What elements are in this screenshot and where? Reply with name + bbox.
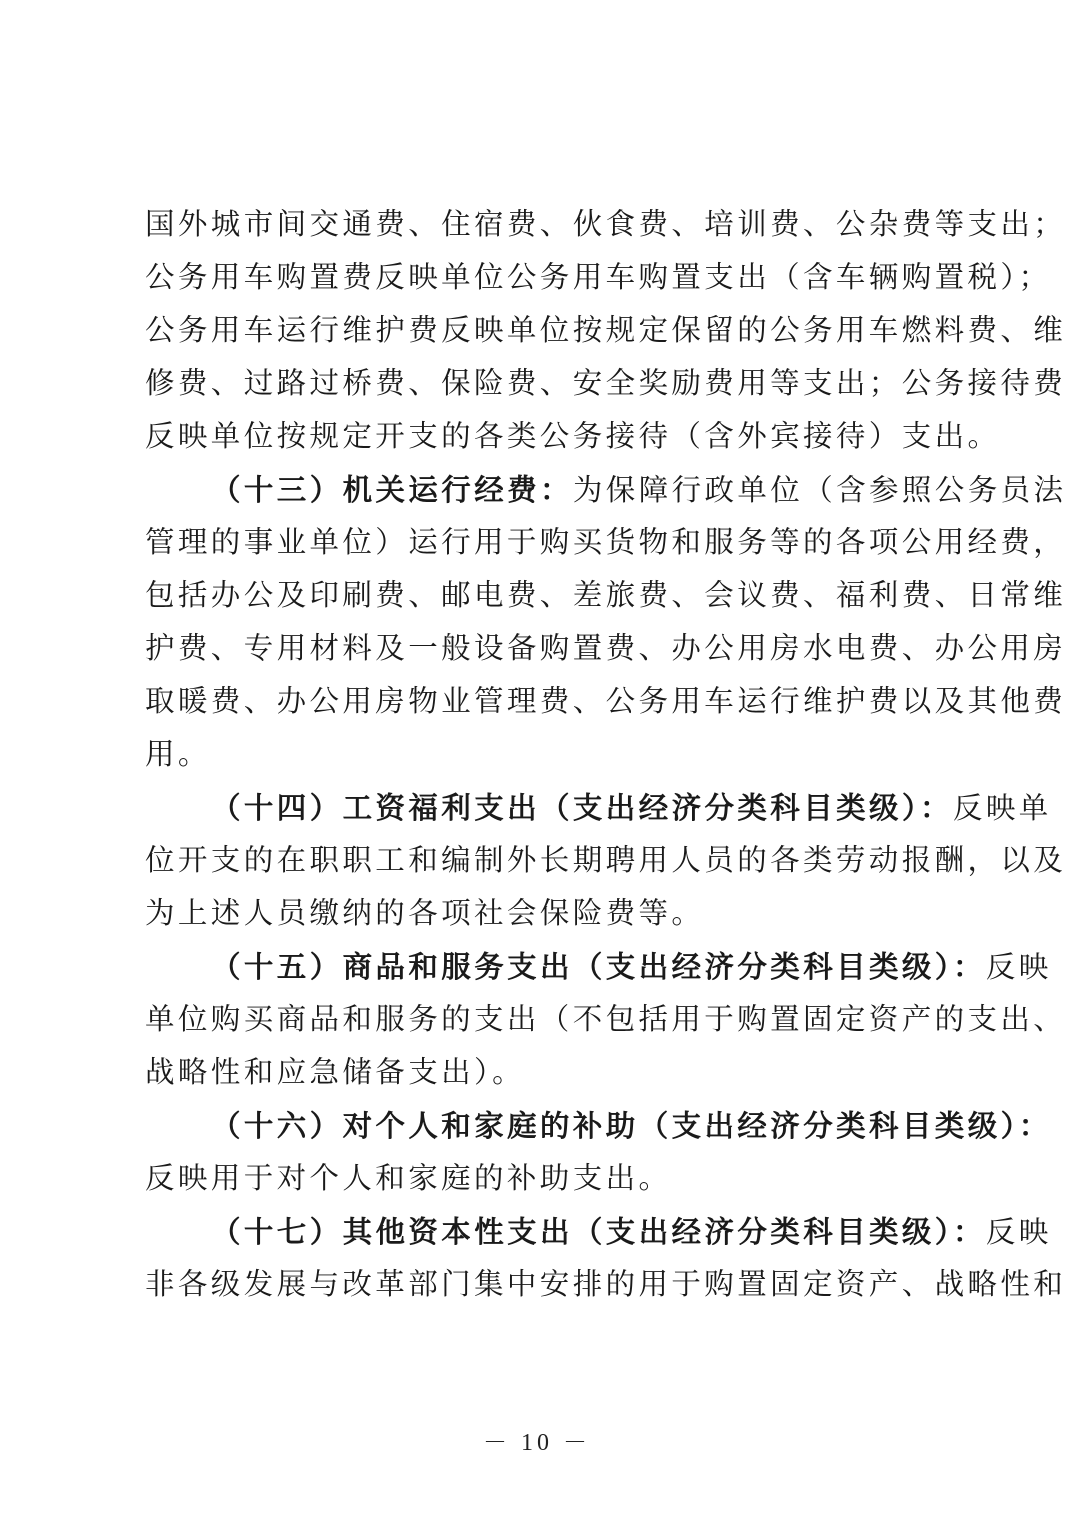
text-line: 修费、过路过桥费、保险费、安全奖励费用等支出；公务接待费 bbox=[145, 357, 945, 410]
paragraph-item-14: （十四）工资福利支出（支出经济分类科目类级）：反映单 位开支的在职职工和编制外长… bbox=[145, 781, 945, 940]
page-number: － 10 － bbox=[0, 1422, 1074, 1457]
paragraph-first-line: （十三）机关运行经费：为保障行政单位（含参照公务员法 bbox=[145, 463, 945, 516]
text-line: 战略性和应急储备支出）。 bbox=[145, 1046, 945, 1099]
text-line: 公务用车购置费反映单位公务用车购置支出（含车辆购置税）； bbox=[145, 251, 945, 304]
paragraph-item-13: （十三）机关运行经费：为保障行政单位（含参照公务员法 管理的事业单位）运行用于购… bbox=[145, 463, 945, 781]
text-line: 公务用车运行维护费反映单位按规定保留的公务用车燃料费、维 bbox=[145, 304, 945, 357]
paragraph-first-line: （十四）工资福利支出（支出经济分类科目类级）：反映单 bbox=[145, 781, 945, 834]
item-heading: （十四）工资福利支出（支出经济分类科目类级）： bbox=[211, 790, 953, 825]
item-heading: （十五）商品和服务支出（支出经济分类科目类级）： bbox=[211, 949, 986, 984]
item-text: 反映 bbox=[986, 950, 1052, 984]
text-line: 为上述人员缴纳的各项社会保险费等。 bbox=[145, 887, 945, 940]
item-text: 为保障行政单位（含参照公务员法 bbox=[573, 473, 1067, 507]
paragraph-first-line: （十六）对个人和家庭的补助（支出经济分类科目类级）： bbox=[145, 1099, 945, 1152]
item-heading: （十六）对个人和家庭的补助（支出经济分类科目类级）： bbox=[211, 1108, 1052, 1143]
text-line: 非各级发展与改革部门集中安排的用于购置固定资产、战略性和 bbox=[145, 1258, 945, 1311]
text-line: 管理的事业单位）运行用于购买货物和服务等的各项公用经费， bbox=[145, 516, 945, 569]
document-body: 国外城市间交通费、住宿费、伙食费、培训费、公杂费等支出； 公务用车购置费反映单位… bbox=[145, 198, 945, 1311]
text-line: 单位购买商品和服务的支出（不包括用于购置固定资产的支出、 bbox=[145, 993, 945, 1046]
text-line: 用。 bbox=[145, 728, 945, 781]
text-line: 位开支的在职职工和编制外长期聘用人员的各类劳动报酬，以及 bbox=[145, 834, 945, 887]
text-line: 反映单位按规定开支的各类公务接待（含外宾接待）支出。 bbox=[145, 410, 945, 463]
item-heading: （十七）其他资本性支出（支出经济分类科目类级）： bbox=[211, 1214, 986, 1249]
item-text: 反映 bbox=[986, 1215, 1052, 1249]
paragraph-first-line: （十七）其他资本性支出（支出经济分类科目类级）：反映 bbox=[145, 1205, 945, 1258]
paragraph-item-15: （十五）商品和服务支出（支出经济分类科目类级）：反映 单位购买商品和服务的支出（… bbox=[145, 940, 945, 1099]
paragraph-first-line: （十五）商品和服务支出（支出经济分类科目类级）：反映 bbox=[145, 940, 945, 993]
text-line: 包括办公及印刷费、邮电费、差旅费、会议费、福利费、日常维 bbox=[145, 569, 945, 622]
item-heading: （十三）机关运行经费： bbox=[211, 472, 573, 507]
text-line: 护费、专用材料及一般设备购置费、办公用房水电费、办公用房 bbox=[145, 622, 945, 675]
paragraph-item-16: （十六）对个人和家庭的补助（支出经济分类科目类级）： 反映用于对个人和家庭的补助… bbox=[145, 1099, 945, 1205]
paragraph-item-17: （十七）其他资本性支出（支出经济分类科目类级）：反映 非各级发展与改革部门集中安… bbox=[145, 1205, 945, 1311]
paragraph-continued: 国外城市间交通费、住宿费、伙食费、培训费、公杂费等支出； 公务用车购置费反映单位… bbox=[145, 198, 945, 463]
item-text: 反映单 bbox=[953, 791, 1052, 825]
text-line: 取暖费、办公用房物业管理费、公务用车运行维护费以及其他费 bbox=[145, 675, 945, 728]
text-line: 反映用于对个人和家庭的补助支出。 bbox=[145, 1152, 945, 1205]
text-line: 国外城市间交通费、住宿费、伙食费、培训费、公杂费等支出； bbox=[145, 198, 945, 251]
